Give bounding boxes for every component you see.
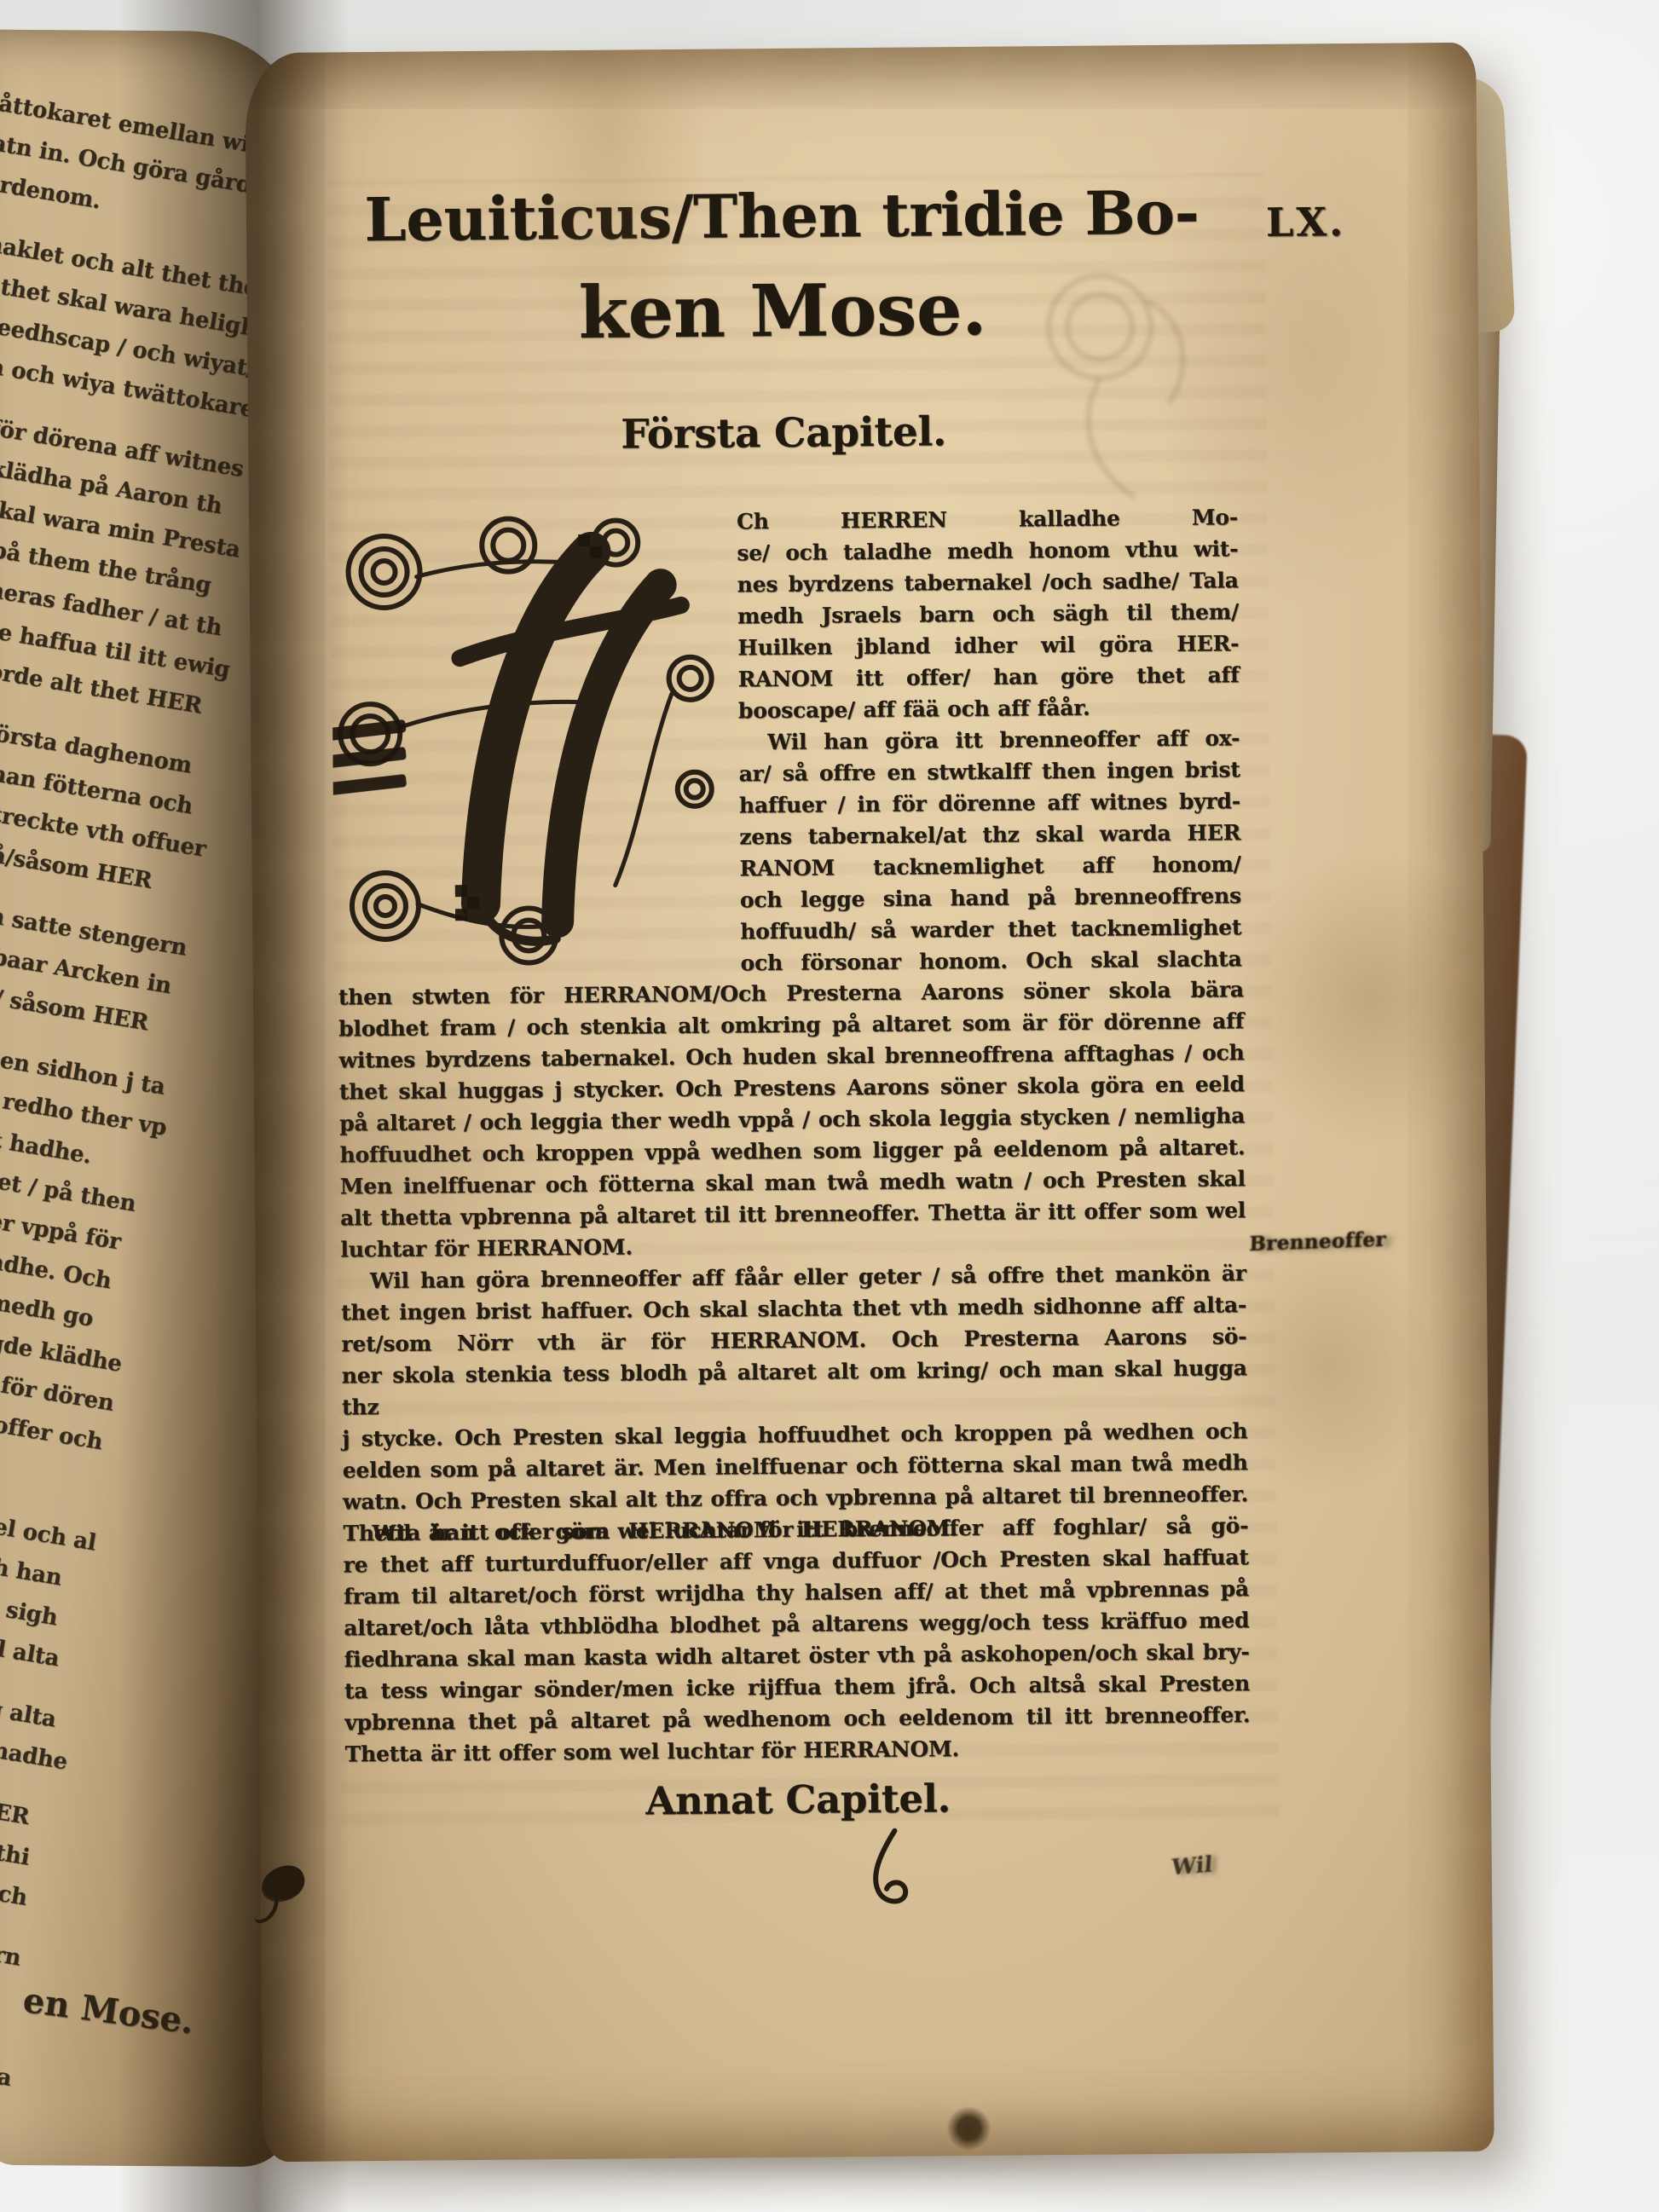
book-title-line2: ken Mose. [329, 268, 1237, 354]
text-line: ner skola stenkia tess blodh på altaret … [342, 1352, 1248, 1423]
margin-note: Brenneoffer [1249, 1228, 1386, 1256]
chapter-1-column-text: Ch HERREN kalladhe Mo-se/ och taladhe me… [737, 501, 1242, 979]
drop-cap-initial-O [331, 500, 739, 978]
text-line: nes byrdzens tabernakel /och sadhe/ Tala [737, 564, 1239, 600]
catchword: Wil [1171, 1852, 1213, 1881]
text-line: se/ och taladhe medh honom vthu wit- [737, 533, 1238, 569]
chapter-1-paragraph-3: Wil han ock göra HERRANOM itt brenneoffe… [343, 1510, 1251, 1770]
text-line: och legge sina hand på brenneoffrens [740, 880, 1241, 915]
text-line: medh Jsraels barn och sägh til them/ [737, 596, 1239, 632]
book-photograph: åttokaret emellan witnesatn in. Och göra… [0, 0, 1659, 2212]
book-title-line1: Leuiticus/Then tridie Bo- [328, 179, 1236, 253]
flourish-ornament [857, 1827, 926, 1913]
chapter-1-heading: Första Capitel. [330, 406, 1237, 460]
text-line: zens tabernakel/at thz skal warda HER [739, 817, 1240, 852]
chapter-1-paragraph-2: Wil han göra brenneoffer aff fåår eller … [341, 1257, 1249, 1549]
book-page: Leuiticus/Then tridie Bo- LX. ken Mose. … [245, 43, 1494, 2163]
text-line: Thetta är itt offer som wel luchtar för … [344, 1730, 1250, 1770]
text-line: booscape/ aff fää och aff fåår. [738, 690, 1240, 726]
text-line: RANOM tacknemlighet aff honom/ [739, 848, 1240, 884]
text-line: ar/ så offre en stwtkalff then ingen bri… [738, 754, 1240, 789]
text-line: Huilken jbland idher wil göra HER- [737, 627, 1239, 663]
text-line: hoffuudh/ så warder thet tacknemlighet [740, 911, 1241, 947]
text-line: haffuer / in för dörenne aff witnes byrd… [739, 785, 1240, 821]
text-line: Ch HERREN kalladhe Mo- [737, 501, 1238, 537]
text-line: Wil han göra itt brenneoffer aff ox- [738, 722, 1240, 758]
text-line: RANOM itt offer/ han göre thet aff [738, 659, 1240, 695]
chapter-1-text-block: then stwten för HERRANOM/Och Presterna A… [338, 973, 1246, 1265]
chapter-2-heading: Annat Capitel. [345, 1773, 1251, 1826]
folio-number: LX. [1266, 199, 1346, 245]
